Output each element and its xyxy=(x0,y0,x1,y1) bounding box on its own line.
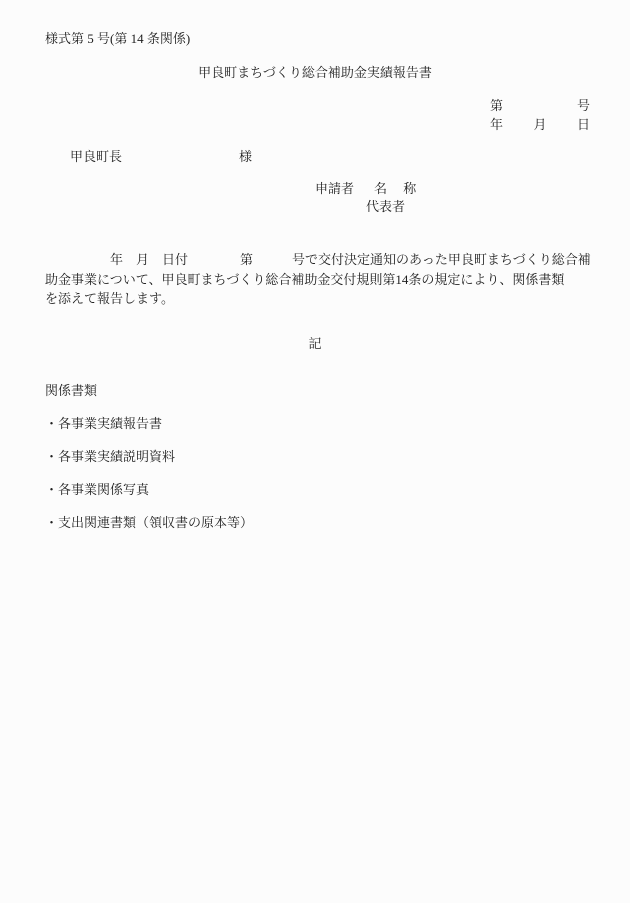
date-line: 年 月 日 xyxy=(490,117,590,132)
section-marker: 記 xyxy=(0,336,630,351)
attachment-item: ・支出関連書類（領収書の原本等） xyxy=(45,515,253,530)
applicant-name-label: 名 称 xyxy=(374,181,416,196)
doc-number-suffix-label: 号 xyxy=(577,98,590,113)
form-number: 様式第 5 号(第 14 条関係) xyxy=(45,31,190,46)
doc-number-prefix-label: 第 xyxy=(490,98,503,113)
addressee-recipient: 甲良町長 xyxy=(70,149,122,164)
date-month-label: 月 xyxy=(533,117,546,132)
attachment-item: ・各事業実績説明資料 xyxy=(45,449,175,464)
date-day-label: 日 xyxy=(577,117,590,132)
addressee-honorific: 様 xyxy=(239,149,252,164)
applicant-representative-label: 代表者 xyxy=(366,199,405,214)
date-year-label: 年 xyxy=(490,117,503,132)
applicant-label: 申請者 xyxy=(315,181,354,196)
body-paragraph: 年 月 日付 第 号で交付決定通知のあった甲良町まちづくり総合補 助金事業につい… xyxy=(45,250,590,309)
attachment-item: ・各事業実績報告書 xyxy=(45,416,162,431)
attachment-item: ・各事業関係写真 xyxy=(45,482,149,497)
body-line-3: を添えて報告します。 xyxy=(45,289,590,309)
body-line-2: 助金事業について、甲良町まちづくり総合補助金交付規則第14条の規定により、関係書… xyxy=(45,270,590,290)
document-page: 様式第 5 号(第 14 条関係) 甲良町まちづくり総合補助金実績報告書 第 号… xyxy=(0,0,630,903)
doc-number-line: 第 号 xyxy=(490,98,590,113)
body-line-1: 年 月 日付 第 号で交付決定通知のあった甲良町まちづくり総合補 xyxy=(45,250,590,270)
page-title: 甲良町まちづくり総合補助金実績報告書 xyxy=(0,65,630,80)
attachments-heading: 関係書類 xyxy=(45,383,97,398)
